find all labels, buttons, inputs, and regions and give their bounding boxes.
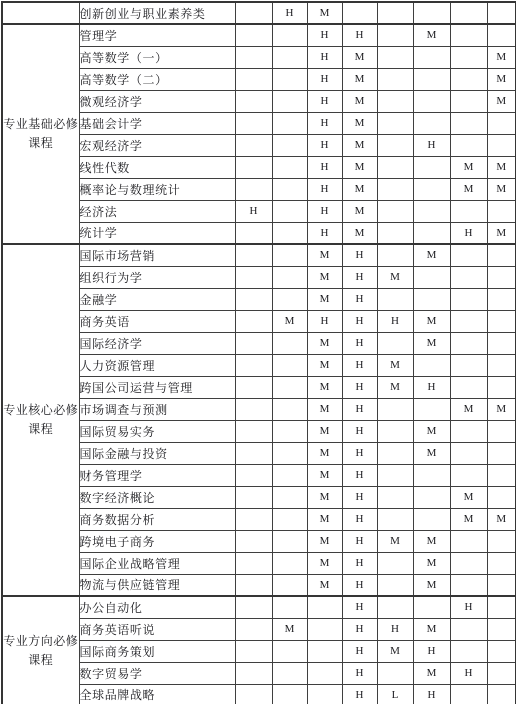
marker-cell-empty (272, 486, 307, 508)
marker-cell-empty (450, 68, 487, 90)
marker-cell: M (487, 398, 516, 420)
table-row: 人力资源管理MHM (2, 354, 516, 376)
marker-cell: M (307, 530, 342, 552)
marker-cell: M (377, 530, 413, 552)
table-row: 财务管理学MH (2, 464, 516, 486)
marker-cell-empty (235, 574, 272, 596)
marker-cell-empty (487, 112, 516, 134)
marker-cell-empty (487, 552, 516, 574)
marker-cell-empty (342, 2, 377, 24)
marker-cell-empty (235, 90, 272, 112)
marker-cell-empty (413, 156, 450, 178)
marker-cell: H (342, 486, 377, 508)
course-name-cell: 高等数学（一） (79, 46, 235, 68)
marker-cell-empty (235, 596, 272, 618)
marker-cell: H (307, 200, 342, 222)
marker-cell: M (377, 354, 413, 376)
table-row: 全球品牌战略HLH (2, 684, 516, 704)
marker-cell: H (342, 640, 377, 662)
marker-cell-empty (487, 134, 516, 156)
marker-cell-empty (272, 112, 307, 134)
marker-cell-empty (235, 222, 272, 244)
marker-cell-empty (487, 310, 516, 332)
marker-cell-empty (307, 662, 342, 684)
marker-cell-empty (235, 112, 272, 134)
marker-cell-empty (487, 354, 516, 376)
marker-cell: H (450, 222, 487, 244)
table-row: 国际贸易实务MHM (2, 420, 516, 442)
marker-cell-empty (307, 596, 342, 618)
marker-cell: H (235, 200, 272, 222)
marker-cell-empty (235, 266, 272, 288)
marker-cell-empty (450, 200, 487, 222)
marker-cell-empty (272, 508, 307, 530)
marker-cell: H (342, 464, 377, 486)
marker-cell: H (307, 134, 342, 156)
table-row: 物流与供应链管理MHM (2, 574, 516, 596)
table-row: 线性代数HMMM (2, 156, 516, 178)
table-row: 商务英语MHHHM (2, 310, 516, 332)
marker-cell: M (307, 376, 342, 398)
marker-cell-empty (450, 552, 487, 574)
marker-cell-empty (377, 486, 413, 508)
marker-cell-empty (487, 640, 516, 662)
course-name-cell: 市场调查与预测 (79, 398, 235, 420)
marker-cell: M (342, 178, 377, 200)
table-row: 国际经济学MHM (2, 332, 516, 354)
marker-cell: H (342, 310, 377, 332)
marker-cell-empty (413, 200, 450, 222)
marker-cell: H (342, 530, 377, 552)
marker-cell: M (413, 244, 450, 266)
marker-cell: H (307, 222, 342, 244)
marker-cell: H (342, 442, 377, 464)
table-row: 高等数学（二）HMM (2, 68, 516, 90)
marker-cell: M (487, 508, 516, 530)
marker-cell-empty (413, 486, 450, 508)
marker-cell-empty (272, 178, 307, 200)
marker-cell-empty (377, 442, 413, 464)
marker-cell-empty (272, 442, 307, 464)
marker-cell: M (342, 112, 377, 134)
marker-cell-empty (450, 2, 487, 24)
table-row: 专业基础必修课程管理学HHM (2, 24, 516, 46)
marker-cell: M (487, 68, 516, 90)
marker-cell-empty (450, 288, 487, 310)
marker-cell: M (413, 310, 450, 332)
marker-cell: M (377, 376, 413, 398)
marker-cell-empty (450, 310, 487, 332)
course-name-cell: 国际商务策划 (79, 640, 235, 662)
marker-cell: M (342, 68, 377, 90)
course-name-cell: 国际贸易实务 (79, 420, 235, 442)
marker-cell: L (377, 684, 413, 704)
marker-cell-empty (487, 266, 516, 288)
marker-cell-empty (450, 354, 487, 376)
marker-cell-empty (235, 508, 272, 530)
table-row: 国际商务策划HMH (2, 640, 516, 662)
marker-cell-empty (487, 24, 516, 46)
marker-cell-empty (272, 354, 307, 376)
marker-cell: H (342, 662, 377, 684)
marker-cell-empty (272, 596, 307, 618)
marker-cell: M (307, 244, 342, 266)
marker-cell-empty (450, 574, 487, 596)
marker-cell-empty (272, 156, 307, 178)
marker-cell-empty (487, 442, 516, 464)
course-name-cell: 基础会计学 (79, 112, 235, 134)
marker-cell-empty (377, 398, 413, 420)
category-cell (2, 2, 79, 24)
table-row: 经济法HHM (2, 200, 516, 222)
marker-cell-empty (235, 178, 272, 200)
marker-cell-empty (307, 640, 342, 662)
table-row: 跨国公司运营与管理MHMH (2, 376, 516, 398)
course-name-cell: 国际企业战略管理 (79, 552, 235, 574)
course-name-cell: 宏观经济学 (79, 134, 235, 156)
marker-cell: M (377, 640, 413, 662)
marker-cell: H (413, 684, 450, 704)
marker-cell-empty (450, 46, 487, 68)
marker-cell-empty (235, 486, 272, 508)
marker-cell: M (450, 486, 487, 508)
marker-cell: M (307, 266, 342, 288)
marker-cell-empty (450, 134, 487, 156)
course-name-cell: 创新创业与职业素养类 (79, 2, 235, 24)
marker-cell: M (342, 156, 377, 178)
marker-cell-empty (377, 596, 413, 618)
marker-cell: H (342, 24, 377, 46)
course-name-cell: 跨国公司运营与管理 (79, 376, 235, 398)
marker-cell-empty (235, 134, 272, 156)
marker-cell-empty (235, 46, 272, 68)
marker-cell-empty (487, 200, 516, 222)
course-name-cell: 线性代数 (79, 156, 235, 178)
marker-cell: M (342, 222, 377, 244)
marker-cell: H (307, 46, 342, 68)
marker-cell-empty (377, 156, 413, 178)
marker-cell-empty (235, 530, 272, 552)
marker-cell: H (413, 640, 450, 662)
document-page: 创新创业与职业素养类HM专业基础必修课程管理学HHM高等数学（一）HMM高等数学… (0, 0, 516, 704)
marker-cell-empty (413, 68, 450, 90)
marker-cell-empty (235, 684, 272, 704)
marker-cell: H (307, 310, 342, 332)
marker-cell-empty (235, 662, 272, 684)
marker-cell-empty (377, 112, 413, 134)
marker-cell: M (307, 574, 342, 596)
marker-cell-empty (235, 244, 272, 266)
marker-cell: M (413, 442, 450, 464)
marker-cell-empty (450, 464, 487, 486)
marker-cell: H (342, 288, 377, 310)
course-name-cell: 商务数据分析 (79, 508, 235, 530)
marker-cell-empty (377, 24, 413, 46)
marker-cell-empty (272, 222, 307, 244)
table-row: 金融学MH (2, 288, 516, 310)
marker-cell: M (413, 618, 450, 640)
marker-cell: M (307, 420, 342, 442)
marker-cell: H (413, 376, 450, 398)
marker-cell-empty (377, 508, 413, 530)
course-name-cell: 全球品牌战略 (79, 684, 235, 704)
marker-cell: M (413, 332, 450, 354)
marker-cell: H (342, 376, 377, 398)
table-row: 宏观经济学HMH (2, 134, 516, 156)
marker-cell-empty (487, 332, 516, 354)
marker-cell-empty (235, 156, 272, 178)
table-row: 跨境电子商务MHMM (2, 530, 516, 552)
marker-cell: M (307, 464, 342, 486)
table-row: 国际金融与投资MHM (2, 442, 516, 464)
marker-cell-empty (377, 68, 413, 90)
course-name-cell: 国际经济学 (79, 332, 235, 354)
marker-cell-empty (307, 618, 342, 640)
marker-cell-empty (487, 376, 516, 398)
marker-cell-empty (413, 288, 450, 310)
marker-cell-empty (450, 112, 487, 134)
marker-cell: H (342, 574, 377, 596)
marker-cell-empty (377, 222, 413, 244)
marker-cell-empty (235, 442, 272, 464)
marker-cell: M (377, 266, 413, 288)
table-row: 创新创业与职业素养类HM (2, 2, 516, 24)
marker-cell: H (377, 310, 413, 332)
marker-cell-empty (272, 640, 307, 662)
marker-cell: M (413, 24, 450, 46)
marker-cell: H (342, 552, 377, 574)
marker-cell: H (342, 266, 377, 288)
marker-cell-empty (235, 332, 272, 354)
marker-cell-empty (377, 420, 413, 442)
marker-cell-empty (272, 200, 307, 222)
marker-cell: M (272, 310, 307, 332)
marker-cell-empty (235, 376, 272, 398)
table-row: 专业方向必修课程办公自动化HH (2, 596, 516, 618)
marker-cell-empty (272, 398, 307, 420)
marker-cell-empty (413, 222, 450, 244)
marker-cell: M (487, 156, 516, 178)
course-name-cell: 数字贸易学 (79, 662, 235, 684)
marker-cell-empty (377, 46, 413, 68)
marker-cell-empty (487, 420, 516, 442)
marker-cell-empty (487, 464, 516, 486)
marker-cell: M (342, 134, 377, 156)
course-name-cell: 微观经济学 (79, 90, 235, 112)
marker-cell-empty (450, 376, 487, 398)
marker-cell: M (413, 530, 450, 552)
marker-cell: M (487, 90, 516, 112)
table-row: 国际企业战略管理MHM (2, 552, 516, 574)
marker-cell-empty (272, 376, 307, 398)
marker-cell: H (377, 618, 413, 640)
marker-cell: M (413, 552, 450, 574)
course-name-cell: 国际市场营销 (79, 244, 235, 266)
marker-cell: H (307, 156, 342, 178)
course-name-cell: 财务管理学 (79, 464, 235, 486)
table-row: 组织行为学MHM (2, 266, 516, 288)
marker-cell-empty (413, 2, 450, 24)
marker-cell-empty (377, 244, 413, 266)
marker-cell-empty (413, 464, 450, 486)
marker-cell: H (307, 68, 342, 90)
table-row: 商务数据分析MHMM (2, 508, 516, 530)
table-body: 创新创业与职业素养类HM专业基础必修课程管理学HHM高等数学（一）HMM高等数学… (2, 2, 516, 704)
table-row: 数字经济概论MHM (2, 486, 516, 508)
marker-cell: H (307, 112, 342, 134)
marker-cell-empty (235, 398, 272, 420)
table-row: 基础会计学HM (2, 112, 516, 134)
marker-cell: M (450, 398, 487, 420)
marker-cell-empty (377, 134, 413, 156)
marker-cell: M (450, 178, 487, 200)
curriculum-matrix-table: 创新创业与职业素养类HM专业基础必修课程管理学HHM高等数学（一）HMM高等数学… (1, 1, 516, 704)
marker-cell-empty (487, 2, 516, 24)
marker-cell-empty (235, 24, 272, 46)
marker-cell: M (307, 442, 342, 464)
marker-cell: M (307, 354, 342, 376)
marker-cell: H (413, 134, 450, 156)
marker-cell-empty (487, 618, 516, 640)
marker-cell: H (342, 354, 377, 376)
marker-cell: M (450, 508, 487, 530)
course-name-cell: 管理学 (79, 24, 235, 46)
marker-cell-empty (450, 266, 487, 288)
marker-cell-empty (377, 288, 413, 310)
marker-cell-empty (272, 552, 307, 574)
marker-cell: M (450, 156, 487, 178)
marker-cell: M (413, 420, 450, 442)
marker-cell-empty (450, 618, 487, 640)
marker-cell: M (307, 486, 342, 508)
marker-cell: M (342, 90, 377, 112)
marker-cell-empty (413, 178, 450, 200)
marker-cell-empty (272, 288, 307, 310)
marker-cell: M (307, 288, 342, 310)
marker-cell: H (450, 596, 487, 618)
marker-cell-empty (272, 420, 307, 442)
category-cell: 专业方向必修课程 (2, 596, 79, 704)
marker-cell-empty (450, 684, 487, 704)
marker-cell-empty (487, 662, 516, 684)
marker-cell-empty (487, 684, 516, 704)
marker-cell-empty (413, 508, 450, 530)
marker-cell-empty (377, 552, 413, 574)
marker-cell: M (272, 618, 307, 640)
marker-cell-empty (450, 442, 487, 464)
marker-cell-empty (487, 288, 516, 310)
marker-cell: H (342, 398, 377, 420)
marker-cell: M (413, 662, 450, 684)
marker-cell-empty (413, 46, 450, 68)
marker-cell-empty (235, 354, 272, 376)
marker-cell: M (307, 552, 342, 574)
marker-cell-empty (307, 684, 342, 704)
marker-cell-empty (377, 2, 413, 24)
marker-cell-empty (413, 596, 450, 618)
marker-cell-empty (487, 530, 516, 552)
table-row: 高等数学（一）HMM (2, 46, 516, 68)
course-name-cell: 高等数学（二） (79, 68, 235, 90)
course-name-cell: 办公自动化 (79, 596, 235, 618)
marker-cell-empty (235, 640, 272, 662)
marker-cell-empty (450, 90, 487, 112)
table-row: 专业核心必修课程国际市场营销MHM (2, 244, 516, 266)
marker-cell-empty (235, 2, 272, 24)
marker-cell-empty (272, 46, 307, 68)
marker-cell-empty (272, 68, 307, 90)
marker-cell-empty (377, 332, 413, 354)
marker-cell-empty (272, 332, 307, 354)
marker-cell-empty (272, 24, 307, 46)
marker-cell-empty (272, 662, 307, 684)
marker-cell-empty (235, 310, 272, 332)
marker-cell: H (342, 420, 377, 442)
marker-cell-empty (235, 552, 272, 574)
marker-cell: M (307, 332, 342, 354)
marker-cell: M (342, 200, 377, 222)
table-row: 统计学HMHM (2, 222, 516, 244)
marker-cell-empty (377, 90, 413, 112)
table-row: 数字贸易学HMH (2, 662, 516, 684)
marker-cell: H (272, 2, 307, 24)
marker-cell-empty (377, 200, 413, 222)
table-row: 微观经济学HMM (2, 90, 516, 112)
marker-cell-empty (413, 112, 450, 134)
marker-cell: H (342, 596, 377, 618)
course-name-cell: 经济法 (79, 200, 235, 222)
course-name-cell: 物流与供应链管理 (79, 574, 235, 596)
course-name-cell: 跨境电子商务 (79, 530, 235, 552)
course-name-cell: 组织行为学 (79, 266, 235, 288)
marker-cell-empty (272, 266, 307, 288)
marker-cell-empty (235, 464, 272, 486)
marker-cell: M (307, 2, 342, 24)
marker-cell: M (487, 178, 516, 200)
marker-cell-empty (377, 662, 413, 684)
marker-cell-empty (450, 530, 487, 552)
marker-cell-empty (235, 68, 272, 90)
marker-cell-empty (235, 420, 272, 442)
marker-cell: H (450, 662, 487, 684)
marker-cell-empty (487, 596, 516, 618)
marker-cell: M (413, 574, 450, 596)
course-name-cell: 商务英语 (79, 310, 235, 332)
marker-cell: M (342, 46, 377, 68)
marker-cell: H (307, 178, 342, 200)
marker-cell-empty (413, 90, 450, 112)
marker-cell: H (342, 244, 377, 266)
marker-cell-empty (487, 486, 516, 508)
marker-cell-empty (272, 244, 307, 266)
course-name-cell: 人力资源管理 (79, 354, 235, 376)
course-name-cell: 统计学 (79, 222, 235, 244)
marker-cell-empty (272, 574, 307, 596)
marker-cell: H (342, 508, 377, 530)
category-cell: 专业基础必修课程 (2, 24, 79, 244)
marker-cell-empty (413, 266, 450, 288)
marker-cell-empty (450, 640, 487, 662)
marker-cell-empty (272, 90, 307, 112)
marker-cell: M (307, 508, 342, 530)
marker-cell: H (342, 684, 377, 704)
course-name-cell: 商务英语听说 (79, 618, 235, 640)
category-cell: 专业核心必修课程 (2, 244, 79, 596)
marker-cell-empty (450, 420, 487, 442)
marker-cell-empty (450, 332, 487, 354)
marker-cell: H (342, 618, 377, 640)
table-row: 概率论与数理统计HMMM (2, 178, 516, 200)
